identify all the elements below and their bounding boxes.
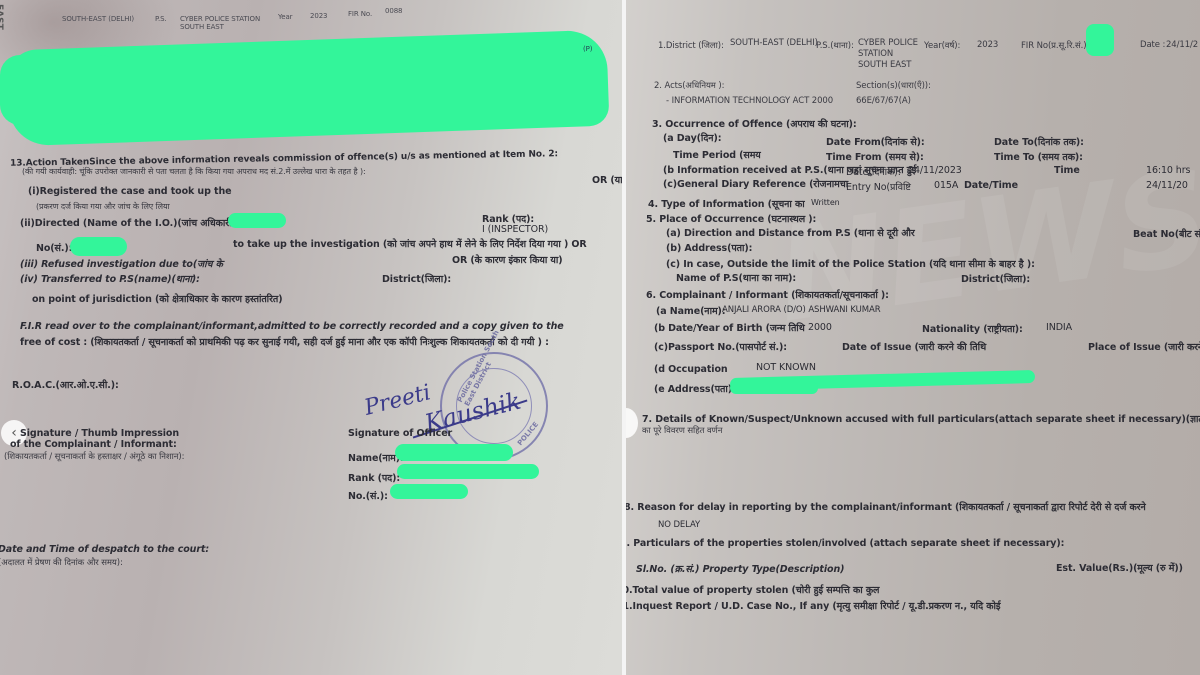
left-header-ps-label: P.S. [155,15,167,23]
item13-title-hindi: (की गयी कार्यवाही: चूंकि उपरोक्त जानकारी… [22,166,366,177]
occurrence-day-label: (a Day(दिन): [663,131,721,144]
act-value: - INFORMATION TECHNOLOGY ACT 2000 [666,96,833,106]
occupation-label: (d Occupation [654,364,728,375]
info-type-label: 4. Type of Information (सूचना का [648,197,805,210]
fir-page-right: NEWS 1.District (जिला): SOUTH-EAST (DELH… [626,0,1200,675]
item13-jurisdiction: on point of jurisdiction (को क्षेत्राधिक… [32,292,283,305]
complainant-name-label: (a Name(नाम): [656,304,725,317]
total-value-label: 10.Total value of property stolen (चोरी … [626,583,879,596]
right-date-value: 24/11/2 [1166,40,1198,50]
complainant-address-label: (e Address(पता): [654,382,736,395]
properties-label: 9. Particulars of the properties stolen/… [626,538,1064,549]
info-date-value: 24/11/2023 [908,165,962,176]
ps-name-label: Name of P.S(थाना का नाम): [676,271,796,284]
delay-value: NO DELAY [658,520,700,530]
left-header-fir-label: FIR No. [348,10,372,18]
complainant-dob-value: 2000 [808,322,832,333]
roac-label: R.O.A.C.(आर.ओ.ए.सी.): [12,378,119,391]
item13-directed: (ii)Directed (Name of the I.O.)(जांच अधि… [20,216,261,229]
item13-or-refuse: OR (के कारण इंकार किया या) [452,253,563,266]
redacted-officer-name [395,444,513,461]
redacted-note: (P) [583,45,592,53]
complainant-sig-line2: of the Complainant / Informant: [10,439,177,450]
right-ps-value-3: SOUTH EAST [858,60,911,70]
place-outside-label: (c) In case, Outside the limit of the Po… [666,257,1035,270]
officer-no-label: No.(सं.): [348,489,388,502]
redaction-block [0,55,120,125]
sections-label: Section(s)(धारा(एँ)): [856,80,931,91]
left-header-year-value: 2023 [310,12,327,20]
redaction-block [730,382,818,394]
properties-col-slno: Sl.No. (क्र.सं.) Property Type(Descripti… [636,562,844,575]
gd-datetime-label: Date/Time [964,180,1018,191]
complainant-title: 6. Complainant / Informant (शिकायतकर्ता/… [646,288,889,301]
fir-page-left: EAST SOUTH-EAST (DELHI) P.S. CYBER POLIC… [0,0,622,675]
fir-read-line2: free of cost : (शिकायतकर्ता / सूचनाकर्ता… [20,335,549,348]
info-type-value: Written [811,198,840,207]
nationality-label: Nationality (राष्ट्रीयता): [922,322,1023,335]
place-district-label: District(जिला): [961,272,1030,285]
nationality-value: INDIA [1046,322,1072,333]
item13-transferred: (iv) Transferred to P.S(name)(थाना): [20,272,200,285]
item13-take-up: to take up the investigation (को जांच अप… [233,237,587,250]
entry-label: Entry No(प्रविष्टि [846,180,911,193]
left-header-district: SOUTH-EAST (DELHI) [62,15,134,23]
complainant-sig-line3: (शिकायतकर्ता / सूचनाकर्ता के हस्ताक्षर /… [4,451,184,462]
edge-label: EAST [0,4,4,30]
left-header-year-label: Year [278,13,292,21]
inquest-label: 11.Inquest Report / U.D. Case No., If an… [626,599,1001,612]
officer-signature-label: Signature of Officer [348,428,452,439]
item13-refused: (iii) Refused investigation due to(जांच … [20,257,223,270]
next-image-button[interactable] [626,408,638,438]
left-header-ps-value: CYBER POLICE STATION SOUTH EAST [180,15,265,31]
gd-label: (c)General Diary Reference (रोजनामचा [663,177,848,190]
info-time-value: 16:10 hrs [1146,165,1190,176]
right-ps-value-2: STATION [858,49,893,59]
issue-date-label: Date of Issue (जारी करने की तिथि [842,340,986,353]
occurrence-title: 3. Occurrence of Offence (अपराध की घटना)… [652,117,857,130]
place-title: 5. Place of Occurrence (घटनास्थल ): [646,212,816,225]
complainant-dob-label: (b Date/Year of Birth (जन्म तिथि [654,321,805,334]
time-period-label: Time Period (समय [673,148,761,161]
sections-value: 66E/67/67(A) [856,96,911,106]
accused-line2: का पूरे विवरण सहित वर्णन [642,425,722,436]
place-address-label: (b) Address(पता): [666,241,752,254]
redacted-fir-number [1086,24,1114,56]
item13-or: OR (या [592,173,622,186]
redacted-officer-rank [397,464,539,479]
fir-read-line1: F.I.R read over to the complainant/infor… [20,321,564,332]
place-direction-label: (a) Direction and Distance from P.S (थान… [666,226,915,239]
right-district-label: 1.District (जिला): [658,40,724,51]
date-from-label: Date From(दिनांक से): [826,135,925,148]
redacted-io-name [228,213,286,228]
occupation-value: NOT KNOWN [756,362,816,373]
beat-label: Beat No(बीट सं.) : [1133,227,1200,240]
left-header-fir-value: 0088 [385,7,402,15]
passport-label: (c)Passport No.(पासपोर्ट सं.): [654,340,787,353]
right-date-label: Date : [1140,40,1165,50]
time-from-label: Time From (समय से): [826,150,924,163]
right-ps-label: P.S.(थाना): [816,40,854,51]
redacted-officer-number [390,484,468,499]
right-year-value: 2023 [977,40,998,50]
info-date-label: Date(दिनांक): [846,165,901,178]
item13-registered-hindi: (प्रकरण दर्ज किया गया और जांच के लिए लिय… [36,201,170,212]
right-ps-value-1: CYBER POLICE [858,38,918,48]
delay-label: 8. Reason for delay in reporting by the … [626,500,1146,513]
date-to-label: Date To(दिनांक तक): [994,135,1084,148]
info-time-label: Time [1054,165,1080,176]
item13-district-label: District(जिला): [382,272,451,285]
despatch-line2: (अदालत में प्रेषण की दिनांक और समय): [0,557,123,568]
despatch-line1: Date and Time of despatch to the court: [0,544,209,555]
complainant-name-value: ANJALI ARORA (D/O) ASHWANI KUMAR [722,305,881,315]
item13-registered: (i)Registered the case and took up the [28,186,231,197]
item13-no-label: No(सं.): [36,241,72,254]
acts-label: 2. Acts(अधिनियम ): [654,80,724,91]
time-to-label: Time To (समय तक): [994,150,1083,163]
properties-col-value: Est. Value(Rs.)(मूल्य (रु में)) [1056,561,1183,574]
entry-value: 015A [934,180,958,191]
redacted-io-number [70,237,127,256]
officer-rank-label: Rank (पद): [348,471,400,484]
item13-rank-value: I (INSPECTOR) [482,224,548,235]
complainant-sig-line1: Signature / Thumb Impression [20,428,179,439]
accused-line1: 7. Details of Known/Suspect/Unknown accu… [642,412,1200,425]
gd-datetime-value: 24/11/20 [1146,180,1188,191]
right-year-label: Year(वर्ष): [924,40,960,51]
issue-place-label: Place of Issue (जारी करने [1088,340,1200,353]
right-district-value: SOUTH-EAST (DELHI) [730,38,818,48]
right-fir-label: FIR No(प्र.सू.रि.सं.): [1021,40,1089,51]
